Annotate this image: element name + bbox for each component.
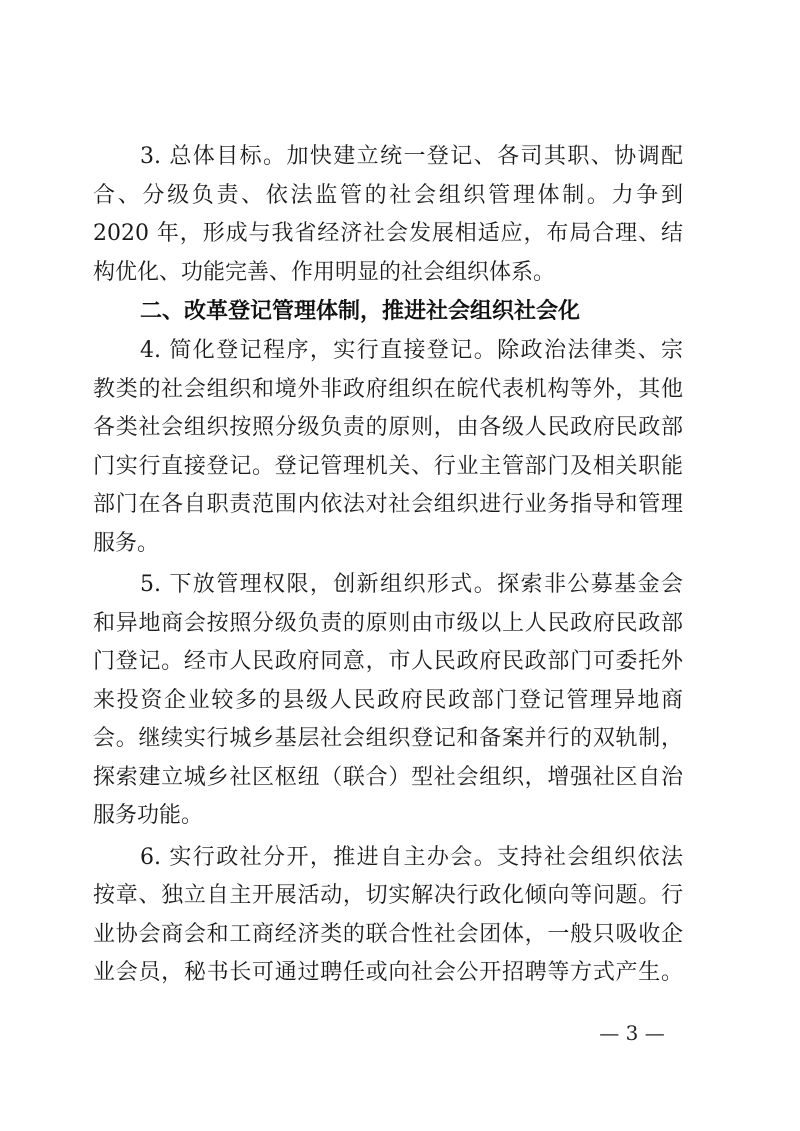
text-line: 门实行直接登记。登记管理机关、行业主管部门及相关职能 — [93, 448, 683, 487]
paragraph-item-5: 5. 下放管理权限，创新组织形式。探索非公募基金会 和异地商会按照分级负责的原则… — [93, 566, 683, 836]
text-line: 门登记。经市人民政府同意，市人民政府民政部门可委托外 — [93, 643, 683, 682]
text-line: 3. 总体目标。加快建立统一登记、各司其职、协调配 — [93, 138, 683, 177]
text-line: 和异地商会按照分级负责的原则由市级以上人民政府民政部 — [93, 605, 683, 644]
text-line: 各类社会组织按照分级负责的原则，由各级人民政府民政部 — [93, 409, 683, 448]
section-heading: 二、改革登记管理体制，推进社会组织社会化 — [93, 292, 683, 332]
text-line: 业会员，秘书长可通过聘任或向社会公开招聘等方式产生。 — [93, 954, 683, 993]
text-line: 2020 年，形成与我省经济社会发展相适应，布局合理、结 — [93, 215, 683, 254]
text-line: 按章、独立自主开展活动，切实解决行政化倾向等问题。行 — [93, 877, 683, 916]
text-line: 教类的社会组织和境外非政府组织在皖代表机构等外，其他 — [93, 371, 683, 410]
text-line: 来投资企业较多的县级人民政府民政部门登记管理异地商 — [93, 682, 683, 721]
text-line: 会。继续实行城乡基层社会组织登记和备案并行的双轨制， — [93, 720, 683, 759]
text-line: 部门在各自职责范围内依法对社会组织进行业务指导和管理 — [93, 486, 683, 525]
text-line: 服务。 — [93, 525, 683, 564]
text-line: 探索建立城乡社区枢纽（联合）型社会组织，增强社区自治 — [93, 759, 683, 798]
document-body: 3. 总体目标。加快建立统一登记、各司其职、协调配 合、分级负责、依法监管的社会… — [93, 138, 683, 993]
paragraph-item-3: 3. 总体目标。加快建立统一登记、各司其职、协调配 合、分级负责、依法监管的社会… — [93, 138, 683, 292]
document-page: 3. 总体目标。加快建立统一登记、各司其职、协调配 合、分级负责、依法监管的社会… — [0, 0, 800, 1131]
text-line: 合、分级负责、依法监管的社会组织管理体制。力争到 — [93, 177, 683, 216]
text-line: 构优化、功能完善、作用明显的社会组织体系。 — [93, 254, 683, 293]
paragraph-item-6: 6. 实行政社分开，推进自主办会。支持社会组织依法 按章、独立自主开展活动，切实… — [93, 839, 683, 993]
page-number: — 3 — — [590, 1018, 674, 1048]
heading-text: 二、改革登记管理体制，推进社会组织社会化 — [93, 292, 683, 332]
text-line: 4. 简化登记程序，实行直接登记。除政治法律类、宗 — [93, 332, 683, 371]
text-line: 业协会商会和工商经济类的联合性社会团体，一般只吸收企 — [93, 916, 683, 955]
text-line: 6. 实行政社分开，推进自主办会。支持社会组织依法 — [93, 839, 683, 878]
text-line: 服务功能。 — [93, 797, 683, 836]
paragraph-item-4: 4. 简化登记程序，实行直接登记。除政治法律类、宗 教类的社会组织和境外非政府组… — [93, 332, 683, 563]
text-line: 5. 下放管理权限，创新组织形式。探索非公募基金会 — [93, 566, 683, 605]
